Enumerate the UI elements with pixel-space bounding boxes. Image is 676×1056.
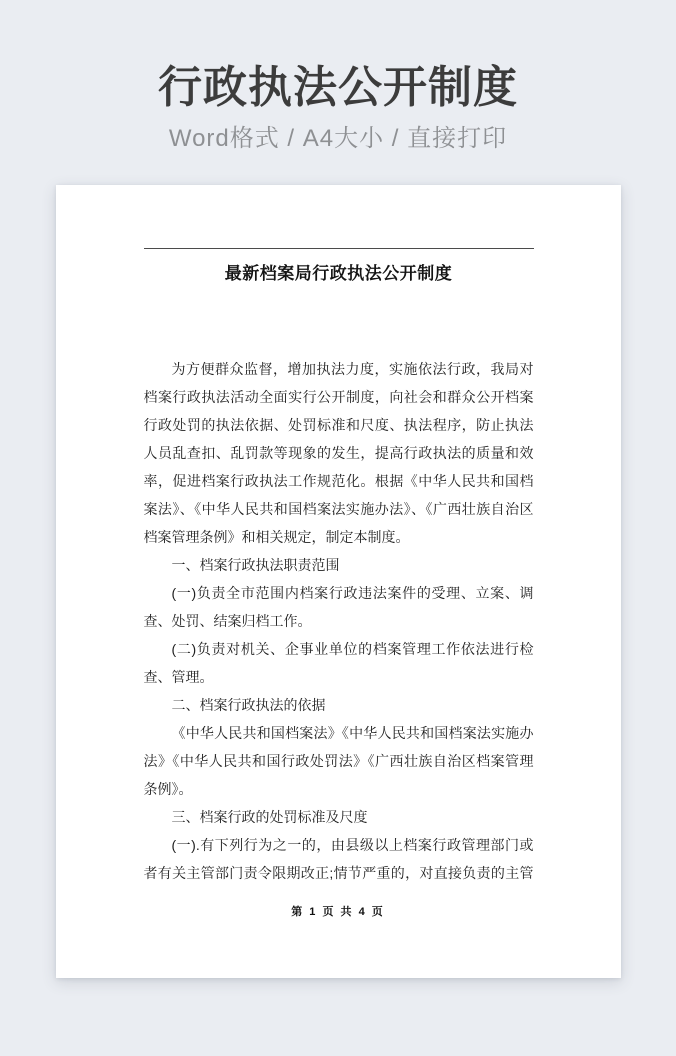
document-paragraph: (一).有下列行为之一的，由县级以上档案行政管理部门或者有关主管部门责令限期改正… [144,831,534,891]
page-number-footer: 第 1 页 共 4 页 [56,905,621,920]
document-page: 最新档案局行政执法公开制度 为方便群众监督，增加执法力度，实施依法行政，我局对档… [56,185,621,978]
document-paragraph: 二、档案行政执法的依据 [144,691,534,719]
preview-header: 行政执法公开制度 Word格式 / A4大小 / 直接打印 [0,0,676,153]
document-paragraph: 《中华人民共和国档案法》《中华人民共和国档案法实施办法》《中华人民共和国行政处罚… [144,719,534,803]
title-divider [144,248,534,249]
document-paragraph: (二)负责对机关、企事业单位的档案管理工作依法进行检查、管理。 [144,635,534,691]
page-subtitle: Word格式 / A4大小 / 直接打印 [0,125,676,153]
page-title: 行政执法公开制度 [0,64,676,112]
document-body: 为方便群众监督，增加执法力度，实施依法行政，我局对档案行政执法活动全面实行公开制… [144,355,534,891]
document-paragraph: 三、档案行政的处罚标准及尺度 [144,803,534,831]
document-paragraph: 一、档案行政执法职责范围 [144,551,534,579]
document-paragraph: (一)负责全市范围内档案行政违法案件的受理、立案、调查、处罚、结案归档工作。 [144,579,534,635]
document-paragraph: 为方便群众监督，增加执法力度，实施依法行政，我局对档案行政执法活动全面实行公开制… [144,355,534,551]
document-title: 最新档案局行政执法公开制度 [144,263,534,285]
